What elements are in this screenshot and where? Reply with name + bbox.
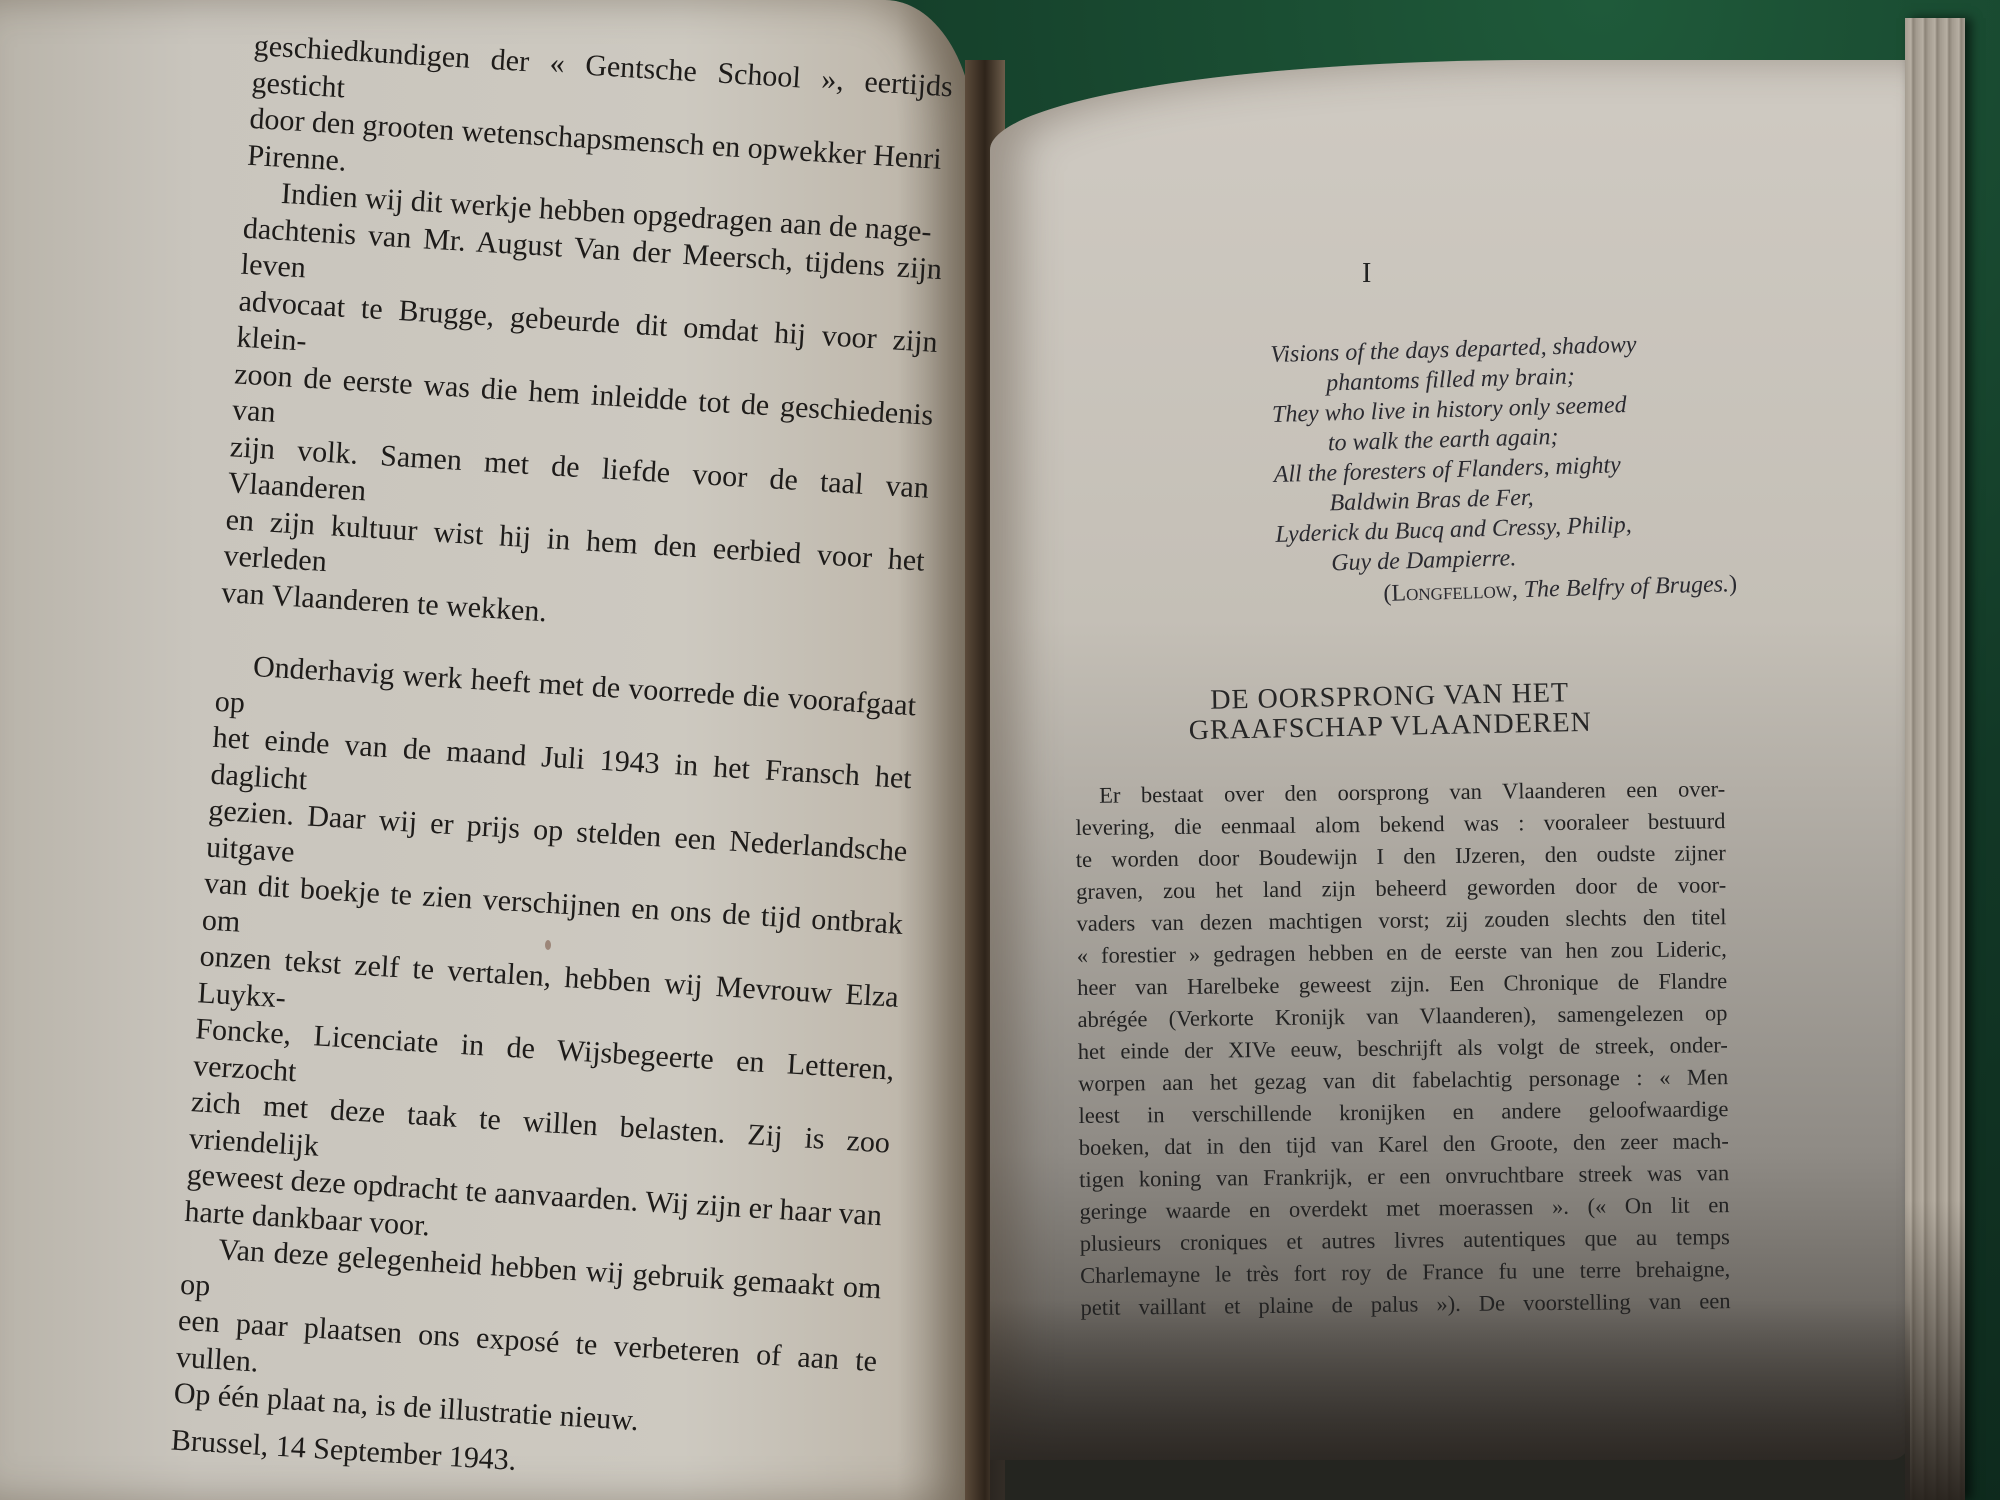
paper-stain bbox=[545, 940, 551, 950]
left-page-text: geschiedkundigen der « Gentsche School »… bbox=[170, 28, 954, 1500]
chapter-title: DE OORSPRONG VAN HET GRAAFSCHAP VLAANDER… bbox=[1164, 677, 1615, 746]
right-page-body: Er bestaat over den oorsprong van Vlaand… bbox=[1075, 773, 1731, 1324]
book-photo-scene: geschiedkundigen der « Gentsche School »… bbox=[0, 0, 2000, 1500]
attribution-separator: , bbox=[1511, 577, 1524, 603]
attribution-work: The Belfry of Bruges. bbox=[1523, 571, 1729, 603]
page-edges bbox=[1905, 18, 1965, 1500]
paren-close: ) bbox=[1729, 571, 1738, 597]
epigraph: Visions of the days departed, shadowy ph… bbox=[1270, 327, 1737, 612]
chapter-number: I bbox=[1362, 258, 1371, 290]
body-line: petit vaillant et plaine de palus »). De… bbox=[1080, 1285, 1730, 1324]
attribution-author: Longfellow bbox=[1391, 577, 1512, 606]
